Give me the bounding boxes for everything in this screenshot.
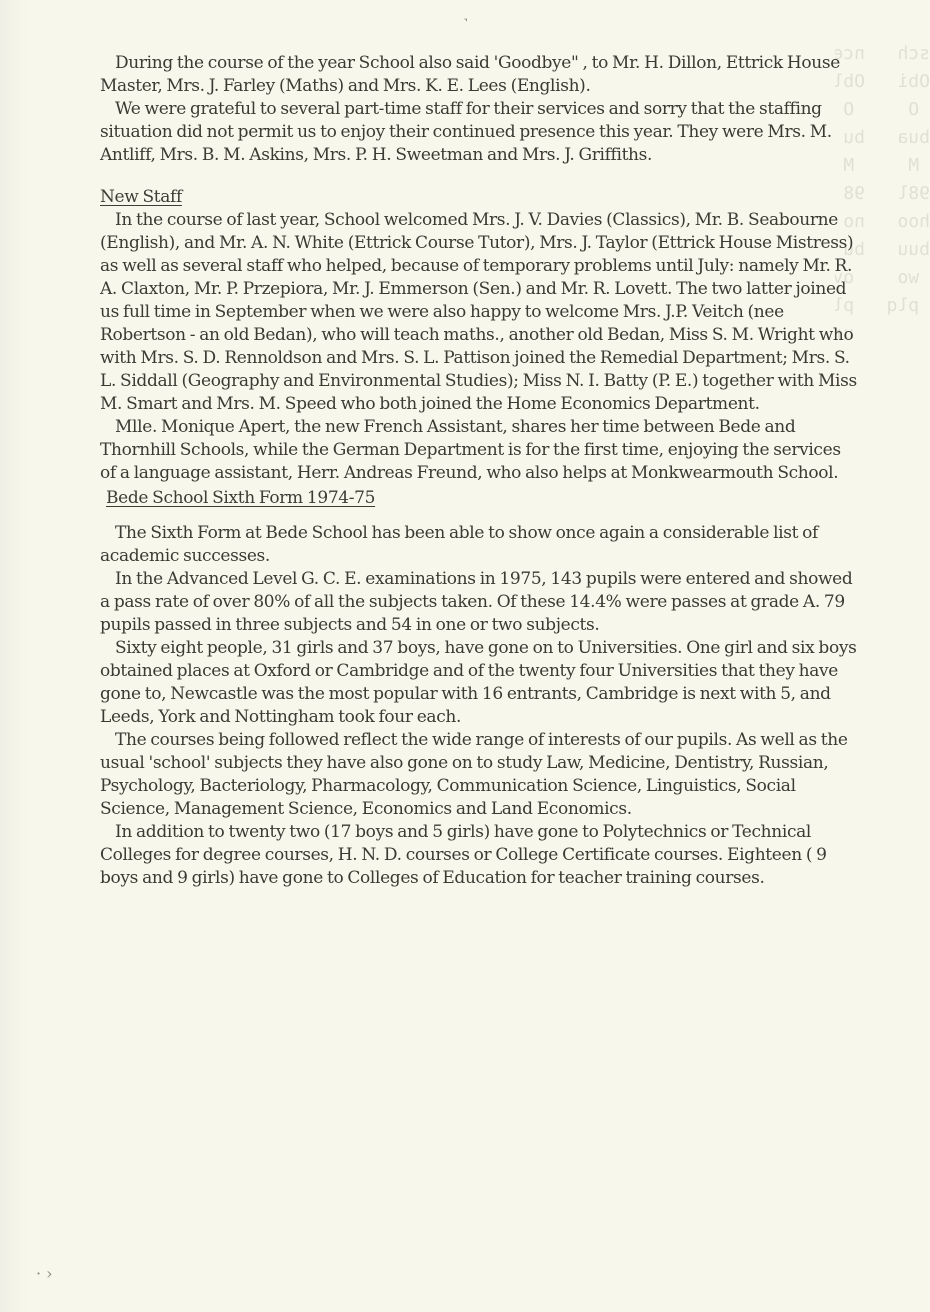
spacer [100,510,860,522]
scan-mark: · › [36,1264,53,1283]
scanned-page: sch nce Obi Obl O O bua bu M M 98l 98 ho… [0,0,930,1312]
paragraph: In the Advanced Level G. C. E. examinati… [100,568,860,637]
paragraph: The Sixth Form at Bede School has been a… [100,522,860,568]
paragraph: The courses being followed reflect the w… [100,729,860,821]
document-body: During the course of the year School als… [100,52,860,890]
paragraph: Sixty eight people, 31 girls and 37 boys… [100,637,860,729]
paragraph: In addition to twenty two (17 boys and 5… [100,821,860,890]
paragraph: During the course of the year School als… [100,52,860,98]
section-heading-new-staff: New Staff [100,186,860,209]
paragraph: We were grateful to several part-time st… [100,98,860,167]
section-heading-sixth-form: Bede School Sixth Form 1974-75 [100,487,860,510]
paragraph: In the course of last year, School welco… [100,209,860,416]
scan-mark: ˺ [463,14,468,34]
paragraph: Mlle. Monique Apert, the new French Assi… [100,416,860,485]
